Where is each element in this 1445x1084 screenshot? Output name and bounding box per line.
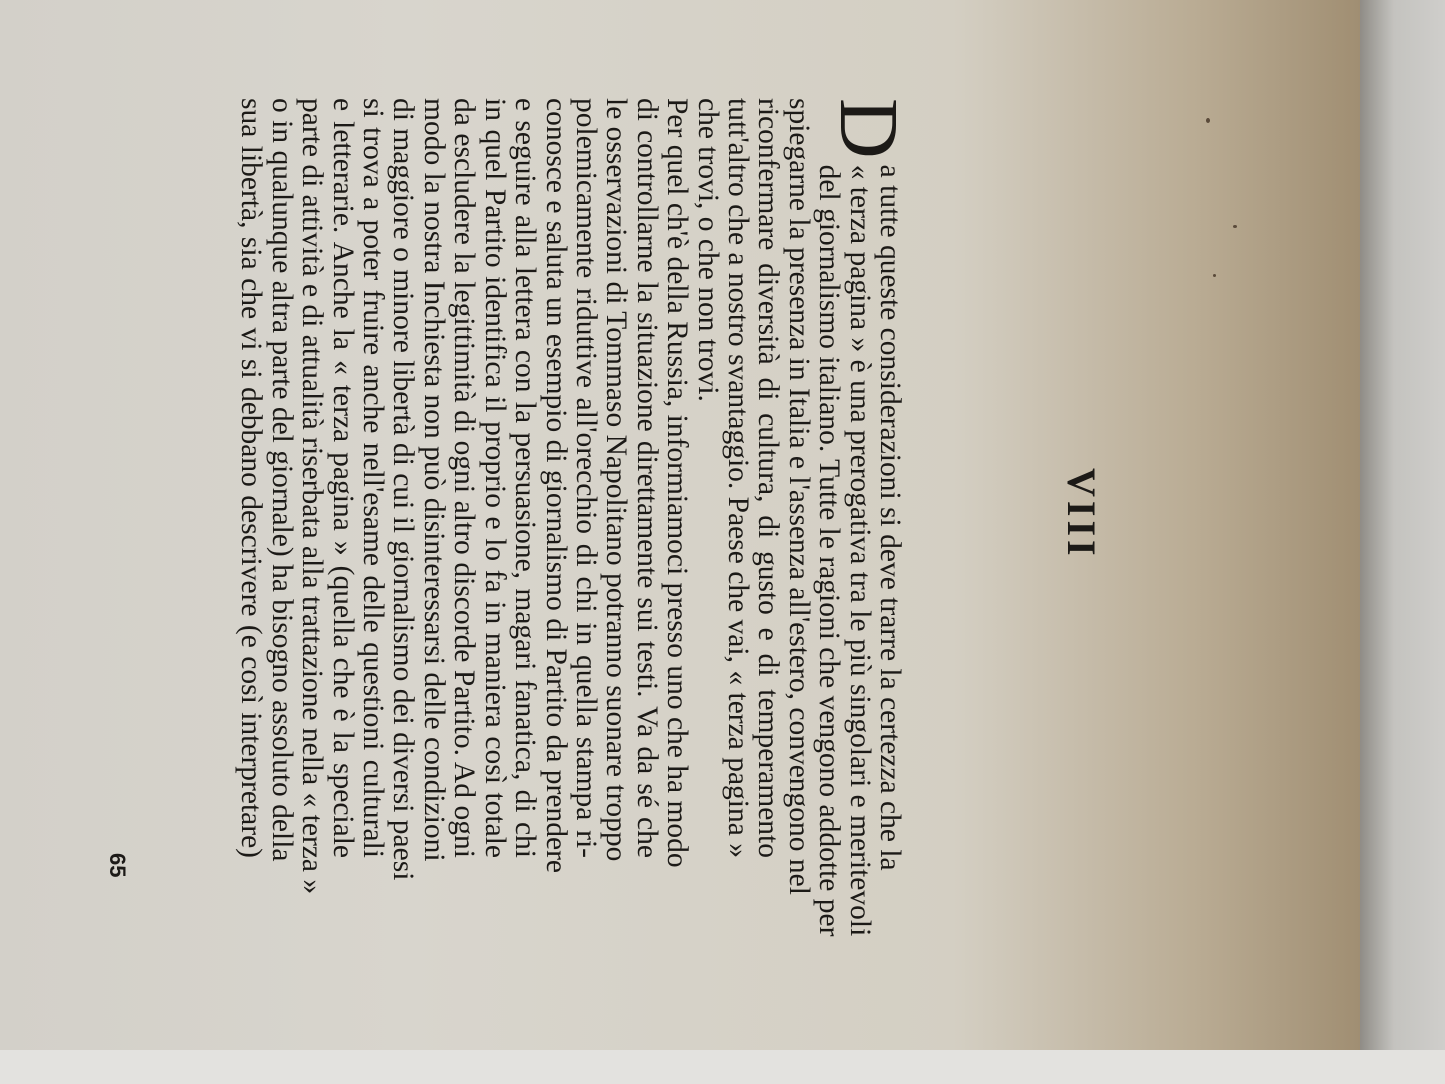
text-line: riconfermare diversità di cultura, di gu… — [753, 98, 783, 858]
text-line: Per quel ch'è della Russia, informiamoci… — [662, 98, 692, 858]
paper-speck — [1213, 274, 1216, 277]
background-surface — [0, 1050, 1445, 1084]
text-line: da escludere la legittimità di ogni altr… — [449, 98, 479, 858]
text-line: conosce e saluta un esempio di giornalis… — [540, 98, 570, 858]
background-surface — [1360, 0, 1445, 1084]
paper-speck — [1233, 225, 1237, 228]
text-line: tutt'altro che a nostro svantaggio. Paes… — [723, 98, 753, 858]
text-line: e seguire alla lettera con la persuasion… — [510, 98, 540, 858]
drop-cap: D — [833, 98, 903, 159]
paper-speck — [1206, 118, 1210, 123]
text-line: o in qualunque altra parte del giornale)… — [266, 98, 296, 858]
text-line: del giornalismo italiano. Tutte le ragio… — [814, 98, 844, 858]
text-line: di controllarne la situazione direttamen… — [631, 98, 661, 858]
page-number: 65 — [104, 853, 130, 877]
text-line: si trova a poter fruire anche nell'esame… — [358, 98, 388, 858]
text-line: in quel Partito identifica il proprio e … — [479, 98, 509, 858]
book-page: VIII Da tutte queste considerazioni si d… — [0, 0, 1362, 1050]
text-line: le osservazioni di Tommaso Napolitano po… — [601, 98, 631, 858]
text-line: di maggiore o minore libertà di cui il g… — [388, 98, 418, 858]
text-line: sua libertà, sia che vi si debbano descr… — [236, 98, 266, 858]
text-line: modo la nostra Inchiesta non può disinte… — [419, 98, 449, 858]
text-line: Da tutte queste considerazioni si deve t… — [875, 98, 905, 858]
chapter-heading: VIII — [1058, 468, 1105, 560]
text-line: parte di attività e di attualità riserba… — [297, 98, 327, 858]
text-line: « terza pagina » è una prerogativa tra l… — [844, 150, 874, 858]
page-content: VIII Da tutte queste considerazioni si d… — [125, 98, 905, 868]
text-line: che trovi, o che non trovi. — [692, 98, 722, 858]
body-text: Da tutte queste considerazioni si deve t… — [236, 98, 905, 858]
text-line: e letterarie. Anche la « terza pagina » … — [327, 98, 357, 858]
text-line: polemicamente riduttive all'orecchio di … — [571, 98, 601, 858]
text-line: spiegarne la presenza in Italia e l'asse… — [783, 98, 813, 858]
